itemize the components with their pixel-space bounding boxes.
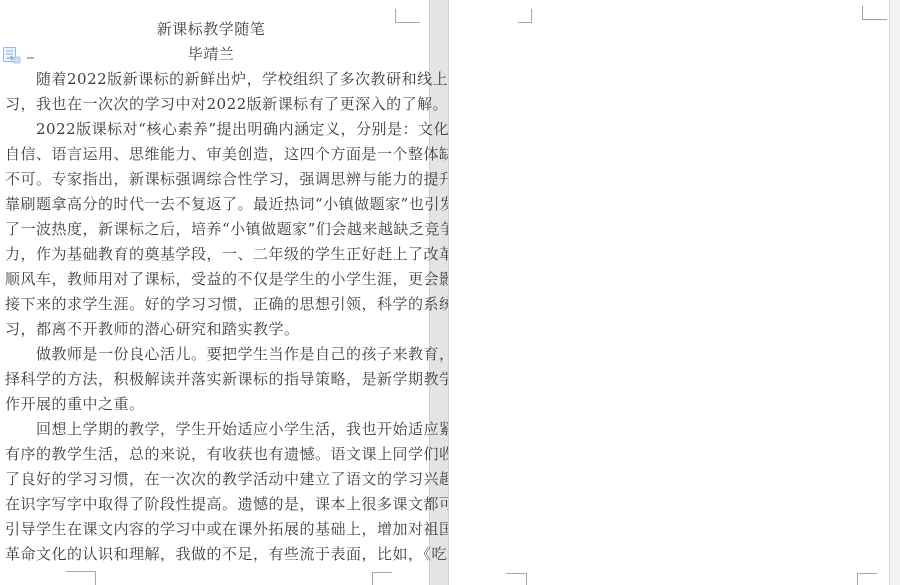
page-1-body: 随着2022版新课标的新鲜出炉，学校组织了多次教研和线上学习，我也在一次次的学习… [5, 67, 417, 567]
page-1[interactable]: 新课标教学随笔 毕靖兰 随着2022版新课标的新鲜出炉，学校组织了多次教研和线上… [0, 0, 430, 585]
margin-crop-mark [518, 9, 532, 23]
word-document-view: { "app": { "canvas_background": "#e4e4e4… [0, 0, 900, 585]
text-line: 习，我也在一次次的学习中对2022版新课标有了更深入的了解。 [5, 92, 417, 117]
margin-crop-mark [862, 6, 887, 20]
text-line: 了良好的学习习惯，在一次次的教学活动中建立了语文的学习兴趣， [5, 467, 417, 492]
page-1-text: 新课标教学随笔 毕靖兰 随着2022版新课标的新鲜出炉，学校组织了多次教研和线上… [5, 17, 417, 567]
text-line: 随着2022版新课标的新鲜出炉，学校组织了多次教研和线上学 [5, 67, 417, 92]
page-2[interactable]: 不忘挖井人》只是按照教参的建议课前介绍了故事背景，课中做了感恩的拓展，战士们和乡… [448, 0, 890, 585]
margin-crop-mark [857, 573, 877, 585]
text-line: 力，作为基础教育的奠基学段，一、二年级的学生正好赶上了改革的 [5, 242, 417, 267]
text-line: 不可。专家指出，新课标强调综合性学习，强调思辨与能力的提升， [5, 167, 417, 192]
scrollbar-track[interactable] [889, 0, 900, 585]
text-line: 有序的教学生活，总的来说，有收获也有遗憾。语文课上同学们收获 [5, 442, 417, 467]
margin-crop-mark [66, 571, 96, 585]
text-line: 自信、语言运用、思维能力、审美创造，这四个方面是一个整体缺一 [5, 142, 417, 167]
text-line: 顺风车，教师用对了课标，受益的不仅是学生的小学生涯，更会影响 [5, 267, 417, 292]
text-line: 2022版课标对“核心素养”提出明确内涵定义，分别是：文化 [5, 117, 417, 142]
text-line: 了一波热度，新课标之后，培养“小镇做题家”们会越来越缺乏竞争 [5, 217, 417, 242]
text-line: 在识字写字中取得了阶段性提高。遗憾的是，课本上很多课文都可以 [5, 492, 417, 517]
text-line: 作开展的重中之重。 [5, 392, 417, 417]
document-sync-badge-icon[interactable] [2, 47, 21, 64]
text-line: 习，都离不开教师的潜心研究和踏实教学。 [5, 317, 417, 342]
document-sync-badge-svg [2, 47, 21, 64]
text-line: 引导学生在课文内容的学习中或在课外拓展的基础上，增加对祖国对 [5, 517, 417, 542]
margin-crop-mark [506, 573, 527, 585]
document-title: 新课标教学随笔 [5, 17, 417, 42]
margin-crop-mark [372, 572, 392, 585]
text-line: 择科学的方法，积极解读并落实新课标的指导策略，是新学期教学工 [5, 367, 417, 392]
document-author: 毕靖兰 [5, 42, 417, 67]
text-line: 做教师是一份良心活儿。要把学生当作是自己的孩子来教育，选 [5, 342, 417, 367]
text-line: 革命文化的认识和理解，我做的不足，有些流于表面，比如，《吃水 [5, 542, 417, 567]
object-handle-dash [27, 57, 34, 59]
text-line: 接下来的求学生涯。好的学习习惯，正确的思想引领，科学的系统学 [5, 292, 417, 317]
margin-crop-mark [395, 9, 420, 23]
text-line: 回想上学期的教学，学生开始适应小学生活，我也开始适应紧张 [5, 417, 417, 442]
text-line: 靠刷题拿高分的时代一去不复返了。最近热词“小镇做题家”也引发 [5, 192, 417, 217]
